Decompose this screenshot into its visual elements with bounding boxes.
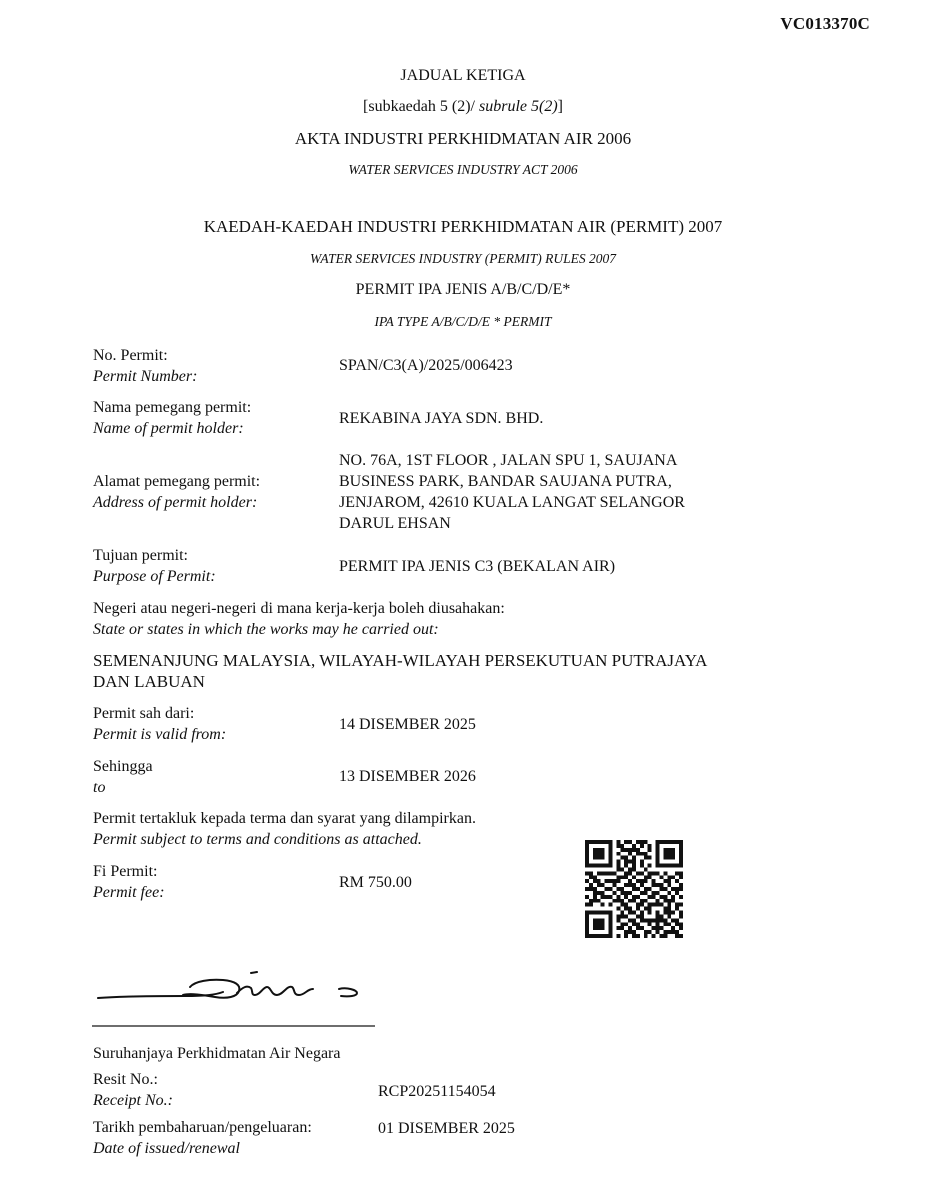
- receipt-label-en: Receipt No.:: [93, 1090, 173, 1111]
- holder-name-label-en: Name of permit holder:: [93, 418, 251, 439]
- rules-title-en: WATER SERVICES INDUSTRY (PERMIT) RULES 2…: [0, 251, 926, 267]
- signature-icon: [95, 965, 370, 1015]
- purpose-value: PERMIT IPA JENIS C3 (BEKALAN AIR): [339, 556, 615, 577]
- issue-date-label-ms: Tarikh pembaharuan/pengeluaran:: [93, 1119, 312, 1136]
- valid-to-label-en: to: [93, 777, 153, 798]
- states-value: SEMENANJUNG MALAYSIA, WILAYAH-WILAYAH PE…: [93, 650, 707, 692]
- valid-to-value: 13 DISEMBER 2026: [339, 766, 476, 787]
- issue-date-label-en: Date of issued/renewal: [93, 1138, 312, 1159]
- subrule-italic: subrule 5(2): [479, 98, 558, 115]
- states-label-en: State or states in which the works may h…: [93, 619, 505, 640]
- address-line: BUSINESS PARK, BANDAR SAUJANA PUTRA,: [339, 471, 685, 492]
- schedule-title: JADUAL KETIGA: [0, 67, 926, 85]
- holder-name-label-ms: Nama pemegang permit:: [93, 399, 251, 416]
- rules-title-ms: KAEDAH-KAEDAH INDUSTRI PERKHIDMATAN AIR …: [0, 217, 926, 237]
- terms-en: Permit subject to terms and conditions a…: [93, 829, 476, 850]
- fee-label-en: Permit fee:: [93, 882, 165, 903]
- states-line: SEMENANJUNG MALAYSIA, WILAYAH-WILAYAH PE…: [93, 650, 707, 671]
- qr-code-icon: [585, 840, 683, 938]
- valid-from-label: Permit sah dari: Permit is valid from:: [93, 703, 226, 745]
- issuer-name: Suruhanjaya Perkhidmatan Air Negara: [93, 1043, 340, 1064]
- valid-from-value: 14 DISEMBER 2025: [339, 714, 476, 735]
- states-label-ms: Negeri atau negeri-negeri di mana kerja-…: [93, 598, 505, 619]
- valid-from-label-ms: Permit sah dari:: [93, 705, 194, 722]
- fee-label: Fi Permit: Permit fee:: [93, 861, 165, 903]
- holder-address-label-ms: Alamat pemegang permit:: [93, 473, 260, 490]
- act-title-en: WATER SERVICES INDUSTRY ACT 2006: [0, 162, 926, 178]
- holder-name-label: Nama pemegang permit: Name of permit hol…: [93, 397, 251, 439]
- holder-address-label: Alamat pemegang permit: Address of permi…: [93, 471, 260, 513]
- permit-number-label-ms: No. Permit:: [93, 347, 168, 364]
- permit-number-label-en: Permit Number:: [93, 366, 197, 387]
- valid-to-label-ms: Sehingga: [93, 758, 153, 775]
- receipt-label-ms: Resit No.:: [93, 1071, 158, 1088]
- address-line: DARUL EHSAN: [339, 513, 685, 534]
- subrule-reference: [subkaedah 5 (2)/ subrule 5(2)]: [0, 98, 926, 116]
- permit-number-label: No. Permit: Permit Number:: [93, 345, 197, 387]
- issue-date-label: Tarikh pembaharuan/pengeluaran: Date of …: [93, 1117, 312, 1159]
- states-line: DAN LABUAN: [93, 671, 707, 692]
- address-line: NO. 76A, 1ST FLOOR , JALAN SPU 1, SAUJAN…: [339, 450, 685, 471]
- subrule-prefix: [subkaedah 5 (2)/: [363, 98, 479, 115]
- permit-type-ms: PERMIT IPA JENIS A/B/C/D/E*: [0, 281, 926, 299]
- terms-ms: Permit tertakluk kepada terma dan syarat…: [93, 808, 476, 829]
- permit-number-value: SPAN/C3(A)/2025/006423: [339, 355, 513, 376]
- signature-line: [92, 1025, 375, 1027]
- fee-label-ms: Fi Permit:: [93, 863, 157, 880]
- receipt-label: Resit No.: Receipt No.:: [93, 1069, 173, 1111]
- holder-address-value: NO. 76A, 1ST FLOOR , JALAN SPU 1, SAUJAN…: [339, 450, 685, 534]
- subrule-suffix: ]: [558, 98, 563, 115]
- permit-type-en: IPA TYPE A/B/C/D/E * PERMIT: [0, 314, 926, 330]
- act-title-ms: AKTA INDUSTRI PERKHIDMATAN AIR 2006: [0, 129, 926, 149]
- purpose-label-ms: Tujuan permit:: [93, 547, 188, 564]
- valid-to-label: Sehingga to: [93, 756, 153, 798]
- fee-value: RM 750.00: [339, 872, 412, 893]
- purpose-label: Tujuan permit: Purpose of Permit:: [93, 545, 216, 587]
- issue-date-value: 01 DISEMBER 2025: [378, 1118, 515, 1139]
- states-label: Negeri atau negeri-negeri di mana kerja-…: [93, 598, 505, 640]
- holder-address-label-en: Address of permit holder:: [93, 492, 260, 513]
- valid-from-label-en: Permit is valid from:: [93, 724, 226, 745]
- holder-name-value: REKABINA JAYA SDN. BHD.: [339, 408, 543, 429]
- document-code: VC013370C: [780, 14, 870, 34]
- terms-note: Permit tertakluk kepada terma dan syarat…: [93, 808, 476, 850]
- address-line: JENJAROM, 42610 KUALA LANGAT SELANGOR: [339, 492, 685, 513]
- receipt-value: RCP20251154054: [378, 1081, 496, 1102]
- purpose-label-en: Purpose of Permit:: [93, 566, 216, 587]
